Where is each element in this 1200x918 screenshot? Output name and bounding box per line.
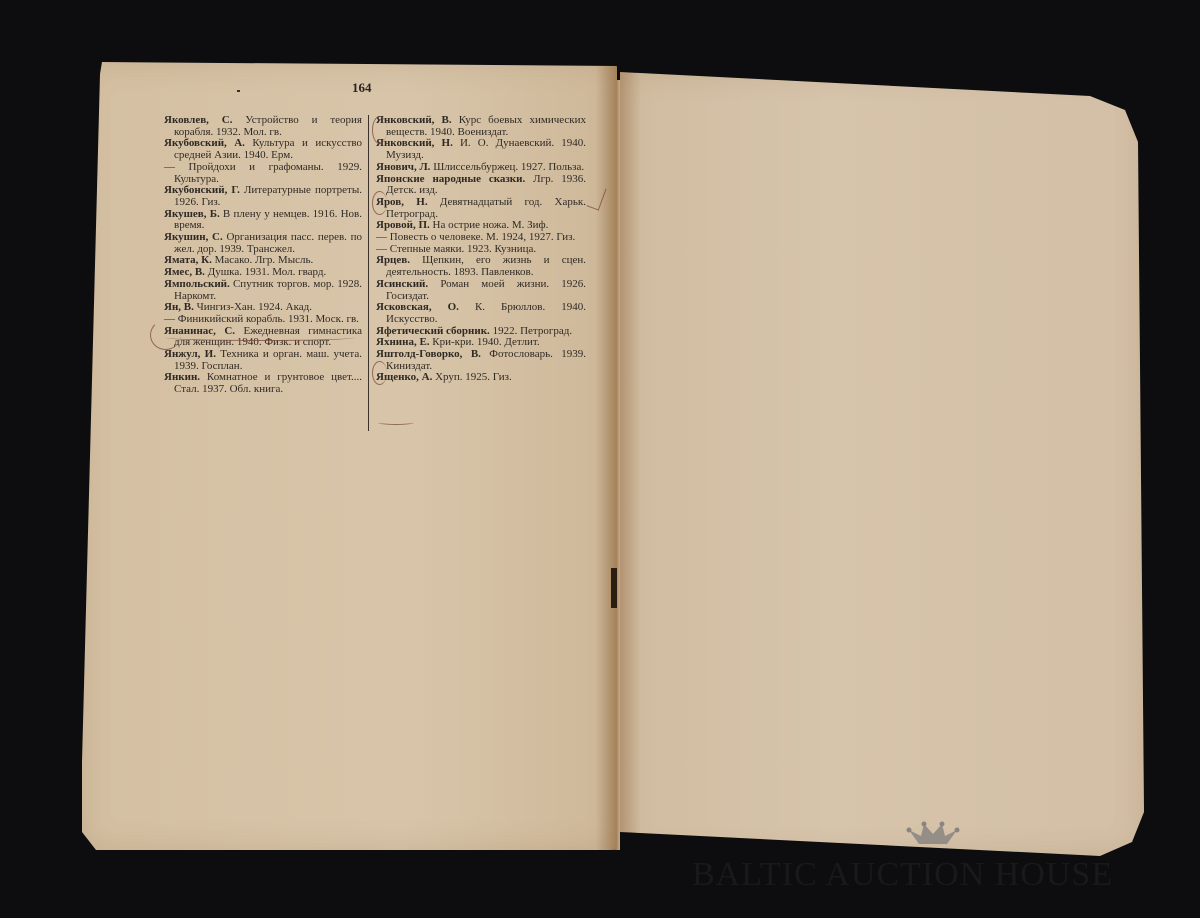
- crown-icon: [905, 820, 961, 848]
- entry-author: Ямпольский.: [164, 278, 230, 290]
- entry-title: Душка. 1931. Мол. гвард.: [208, 266, 327, 278]
- entry-author: Янковский, В.: [376, 114, 452, 126]
- entry-author: Японские народные сказки.: [376, 173, 525, 185]
- watermark-text: BALTIC AUCTION HOUSE: [692, 856, 1113, 894]
- entry-title: Хруп. 1925. Гиз.: [435, 371, 512, 383]
- index-entry: Янжул, И. Техника и орган. маш. учета. 1…: [164, 349, 362, 372]
- pencil-bracket-yankovsky: [372, 116, 387, 144]
- index-entry: Янковский, Н. И. О. Дунаевский. 1940. Му…: [376, 138, 586, 161]
- entry-author: Яфетический сборник.: [376, 325, 490, 337]
- entry-author: Ясковская, О.: [376, 301, 459, 313]
- entry-title: 1922. Петроград.: [493, 325, 573, 337]
- index-entry: Ямпольский. Спутник торгов. мор. 1928. Н…: [164, 279, 362, 302]
- entry-author: Ясинский.: [376, 278, 428, 290]
- index-entry: Ясинский. Роман моей жизни. 1926. Госизд…: [376, 279, 586, 302]
- entry-title: — Степные маяки. 1923. Кузница.: [376, 243, 536, 255]
- index-entry: Ясковская, О. К. Брюллов. 1940. Искусств…: [376, 302, 586, 325]
- index-entry: Якушин, С. Организация пасс. перев. по ж…: [164, 232, 362, 255]
- entry-author: Ямата, К.: [164, 254, 212, 266]
- right-page-blank: [620, 72, 1144, 856]
- entry-title: Чингиз-Хан. 1924. Акад.: [197, 301, 312, 313]
- binding-notch: [611, 568, 617, 608]
- column-divider: [368, 115, 369, 431]
- pencil-underline-yan: [165, 334, 355, 341]
- entry-title: Щепкин, его жизнь и сцен. деятельность. …: [386, 254, 586, 278]
- print-mark: [237, 90, 240, 92]
- entry-title: — Финикийский корабль. 1931. Моск. гв.: [164, 313, 359, 325]
- index-entry: Якушев, Б. В плену у немцев. 1916. Нов. …: [164, 209, 362, 232]
- pencil-bracket-yaponskie: [372, 191, 387, 215]
- entry-author: Янковский, Н.: [376, 137, 453, 149]
- index-entry: Ярцев. Щепкин, его жизнь и сцен. деятель…: [376, 255, 586, 278]
- entry-author: Янжул, И.: [164, 348, 216, 360]
- index-entry: Янковский, В. Курс боевых химических вещ…: [376, 115, 586, 138]
- pencil-underline-1939: [378, 420, 414, 425]
- entry-author: Яровой, П.: [376, 219, 430, 231]
- entry-author: Якушев, Б.: [164, 208, 220, 220]
- index-entry: Ященко, А. Хруп. 1925. Гиз.: [376, 372, 586, 384]
- entry-author: Яштолд-Говорко, В.: [376, 348, 481, 360]
- entry-title: Кри-кри. 1940. Детлит.: [432, 336, 539, 348]
- index-entry: Яров, Н. Девятнадцатый год. Харьк. Петро…: [376, 197, 586, 220]
- entry-author: Яковлев, С.: [164, 114, 232, 126]
- index-entry: Якубовский, А. Культура и искусство сред…: [164, 138, 362, 161]
- entry-title: Масако. Лгр. Мысль.: [215, 254, 314, 266]
- index-entry: Янкин. Комнатное и грунтовое цвет.... Ст…: [164, 372, 362, 395]
- entry-author: Якушин, С.: [164, 231, 223, 243]
- page-number: 164: [352, 80, 372, 96]
- entry-author: Ямес, В.: [164, 266, 205, 278]
- entry-title: Шлиссельбуржец. 1927. Польза.: [433, 161, 584, 173]
- index-entry: Яковлев, С. Устройство и теория корабля.…: [164, 115, 362, 138]
- index-entry: Японские народные сказки. Лгр. 1936. Дет…: [376, 174, 586, 197]
- index-column-right: Янковский, В. Курс боевых химических вещ…: [376, 115, 586, 384]
- index-entry: Яштолд-Говорко, В. Фотословарь. 1939. Ки…: [376, 349, 586, 372]
- index-column-left: Яковлев, С. Устройство и теория корабля.…: [164, 115, 362, 396]
- entry-author: Янович, Л.: [376, 161, 430, 173]
- entry-author: Яхнина, Е.: [376, 336, 430, 348]
- entry-author: Янкин.: [164, 371, 200, 383]
- entry-title: — Пройдохи и графоманы. 1929. Культура.: [164, 161, 362, 185]
- entry-title: На острие ножа. М. Зиф.: [433, 219, 549, 231]
- entry-author: Ярцев.: [376, 254, 410, 266]
- entry-author: Якубонский, Г.: [164, 184, 240, 196]
- entry-author: Якубовский, А.: [164, 137, 245, 149]
- entry-author: Ян, В.: [164, 301, 194, 313]
- index-entry: — Пройдохи и графоманы. 1929. Культура.: [164, 162, 362, 185]
- entry-title: Комнатное и грунтовое цвет.... Стал. 193…: [174, 371, 362, 395]
- entry-title: — Повесть о человеке. М. 1924, 1927. Гиз…: [376, 231, 575, 243]
- index-entry: Якубонский, Г. Литературные портреты. 19…: [164, 185, 362, 208]
- pencil-bracket-yafetichesky: [372, 361, 387, 385]
